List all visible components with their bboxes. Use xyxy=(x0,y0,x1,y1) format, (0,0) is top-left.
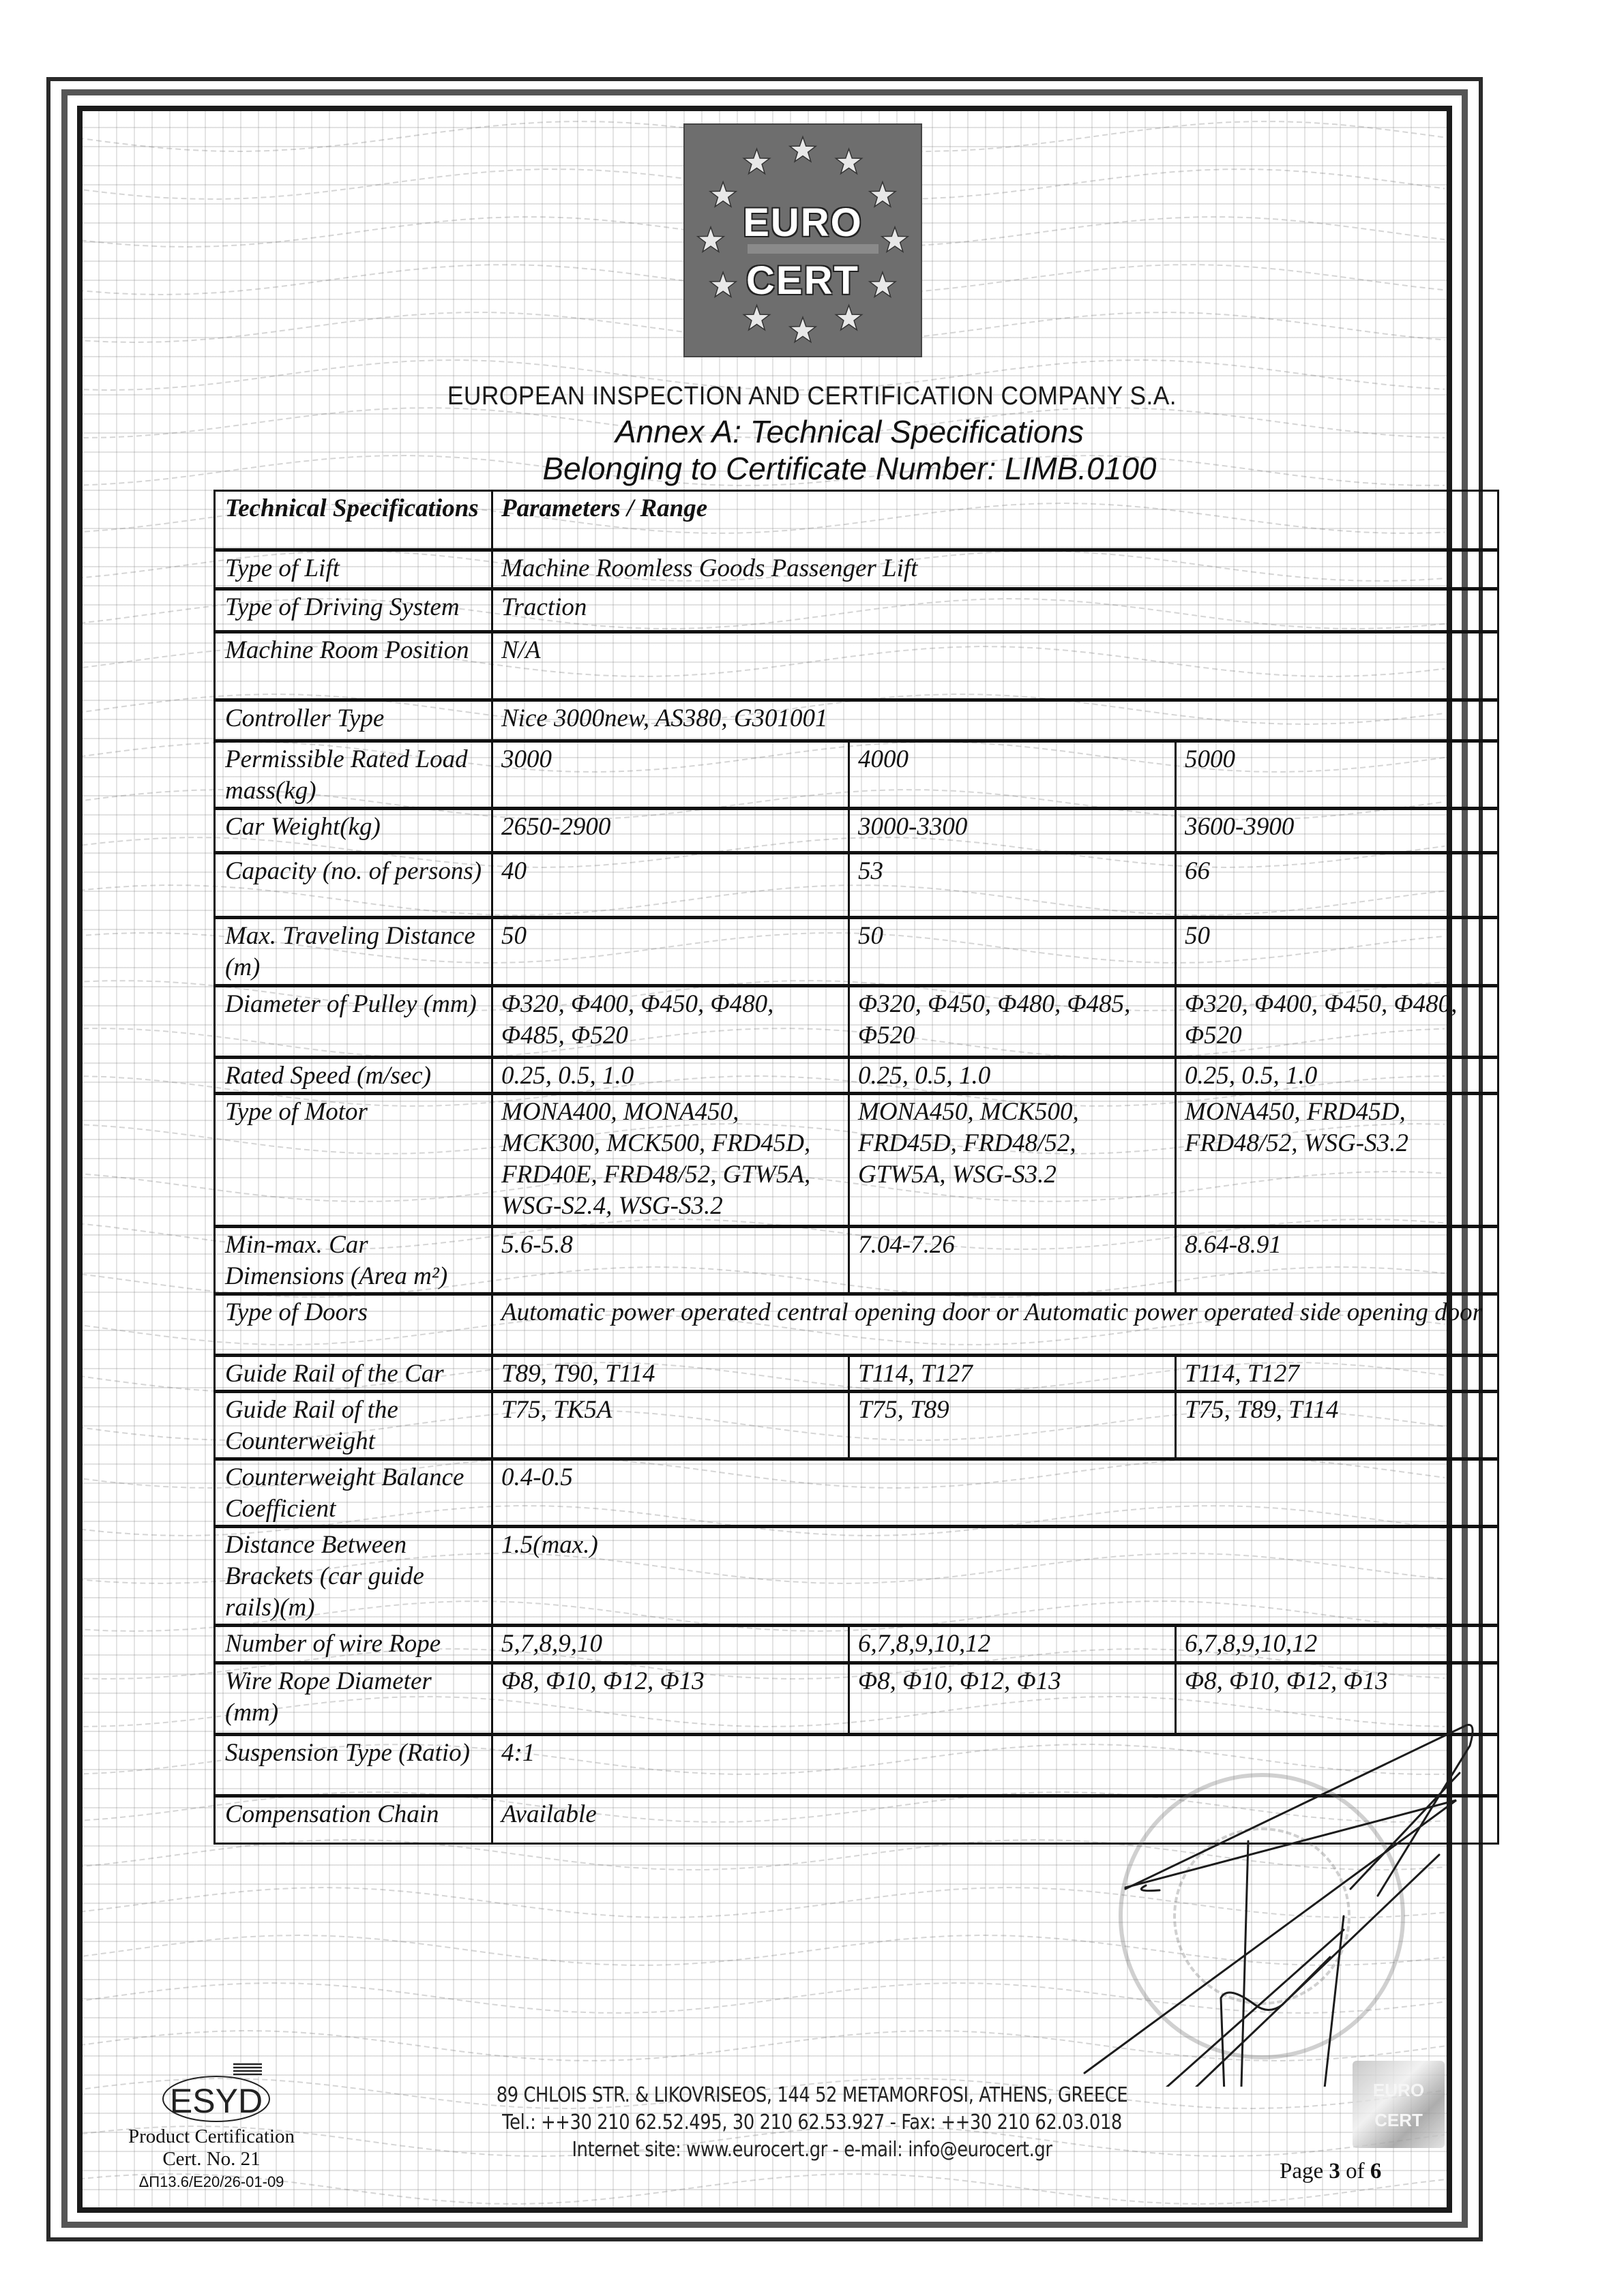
table-row: Type of MotorMONA400, MONA450, MCK300, M… xyxy=(215,1094,1498,1227)
row-value: Φ8, Φ10, Φ12, Φ13 xyxy=(492,1663,849,1735)
row-value: MONA450, FRD45D, FRD48/52, WSG-S3.2 xyxy=(1176,1094,1498,1227)
row-value: 3000 xyxy=(492,741,849,809)
row-label: Guide Rail of the Car xyxy=(215,1356,492,1392)
table-row: Diameter of Pulley (mm)Φ320, Φ400, Φ450,… xyxy=(215,986,1498,1058)
logo-text-cert: CERT xyxy=(685,258,921,303)
header-technical-specifications: Technical Specifications xyxy=(215,491,492,550)
row-value: 0.4-0.5 xyxy=(492,1459,1498,1527)
logo-divider xyxy=(748,244,879,254)
row-value: 3000-3300 xyxy=(849,809,1176,853)
row-label: Type of Driving System xyxy=(215,589,492,632)
page-number: Page 3 of 6 xyxy=(1280,2159,1381,2184)
row-label: Counterweight Balance Coefficient xyxy=(215,1459,492,1527)
footer-phone: Tel.: ++30 210 62.52.495, 30 210 62.53.9… xyxy=(114,2111,1511,2134)
table-row: Guide Rail of the CounterweightT75, TK5A… xyxy=(215,1392,1498,1459)
row-value: T89, T90, T114 xyxy=(492,1356,849,1392)
row-label: Type of Doors xyxy=(215,1294,492,1356)
certificate-page: EURO CERT EUROPEAN INSPECTION AND CERTIF… xyxy=(0,0,1624,2296)
row-label: Permissible Rated Load mass(kg) xyxy=(215,741,492,809)
row-value: 40 xyxy=(492,853,849,918)
table-row: Max. Traveling Distance (m)505050 xyxy=(215,918,1498,986)
row-value: 8.64-8.91 xyxy=(1176,1227,1498,1294)
logo-text-euro: EURO xyxy=(685,200,921,245)
row-label: Rated Speed (m/sec) xyxy=(215,1058,492,1094)
row-value: 5000 xyxy=(1176,741,1498,809)
eurocert-logo: EURO CERT xyxy=(683,123,922,357)
row-label: Diameter of Pulley (mm) xyxy=(215,986,492,1058)
row-value: 4000 xyxy=(849,741,1176,809)
table-header-row: Technical SpecificationsParameters / Ran… xyxy=(215,491,1498,550)
accreditation-code: ΔΠ13.6/Ε20/26-01-09 xyxy=(102,2171,321,2193)
row-value: T114, T127 xyxy=(849,1356,1176,1392)
row-value: 1.5(max.) xyxy=(492,1527,1498,1626)
row-value: 53 xyxy=(849,853,1176,918)
footer-address: 89 CHLOIS STR. & LIKOVRISEOS, 144 52 MET… xyxy=(114,2083,1511,2107)
table-row: Number of wire Rope5,7,8,9,106,7,8,9,10,… xyxy=(215,1626,1498,1663)
table-row: Rated Speed (m/sec)0.25, 0.5, 1.00.25, 0… xyxy=(215,1058,1498,1094)
row-label: Capacity (no. of persons) xyxy=(215,853,492,918)
row-value: MONA400, MONA450, MCK300, MCK500, FRD45D… xyxy=(492,1094,849,1227)
footer-web: Internet site: www.eurocert.gr - e-mail:… xyxy=(114,2138,1511,2162)
row-value: 5.6-5.8 xyxy=(492,1227,849,1294)
row-label: Min-max. Car Dimensions (Area m²) xyxy=(215,1227,492,1294)
row-value: Φ320, Φ400, Φ450, Φ480, Φ485, Φ520 xyxy=(492,986,849,1058)
header-parameters-range: Parameters / Range xyxy=(492,491,1498,550)
row-value: 5,7,8,9,10 xyxy=(492,1626,849,1663)
row-value: Automatic power operated central opening… xyxy=(492,1294,1498,1356)
technical-specifications-table: Technical SpecificationsParameters / Ran… xyxy=(213,490,1499,1845)
table-row: Permissible Rated Load mass(kg)300040005… xyxy=(215,741,1498,809)
row-value: 0.25, 0.5, 1.0 xyxy=(492,1058,849,1094)
row-value: T75, TK5A xyxy=(492,1392,849,1459)
table-row: Guide Rail of the CarT89, T90, T114T114,… xyxy=(215,1356,1498,1392)
row-label: Suspension Type (Ratio) xyxy=(215,1735,492,1796)
row-value: 50 xyxy=(849,918,1176,986)
row-value: 2650-2900 xyxy=(492,809,849,853)
table-row: Type of LiftMachine Roomless Goods Passe… xyxy=(215,550,1498,589)
row-value: Nice 3000new, AS380, G301001 xyxy=(492,700,1498,741)
row-label: Wire Rope Diameter (mm) xyxy=(215,1663,492,1735)
row-value: 50 xyxy=(1176,918,1498,986)
row-label: Number of wire Rope xyxy=(215,1626,492,1663)
company-name: EUROPEAN INSPECTION AND CERTIFICATION CO… xyxy=(57,382,1567,411)
row-label: Type of Lift xyxy=(215,550,492,589)
row-value: Φ320, Φ450, Φ480, Φ485, Φ520 xyxy=(849,986,1176,1058)
row-value: 0.25, 0.5, 1.0 xyxy=(849,1058,1176,1094)
row-label: Distance Between Brackets (car guide rai… xyxy=(215,1527,492,1626)
row-label: Car Weight(kg) xyxy=(215,809,492,853)
table-row: Distance Between Brackets (car guide rai… xyxy=(215,1527,1498,1626)
row-label: Controller Type xyxy=(215,700,492,741)
table-row: Machine Room PositionN/A xyxy=(215,632,1498,700)
table-row: Type of Driving SystemTraction xyxy=(215,589,1498,632)
row-label: Guide Rail of the Counterweight xyxy=(215,1392,492,1459)
row-value: N/A xyxy=(492,632,1498,700)
table-row: Counterweight Balance Coefficient0.4-0.5 xyxy=(215,1459,1498,1527)
row-value: Machine Roomless Goods Passenger Lift xyxy=(492,550,1498,589)
row-value: Φ320, Φ400, Φ450, Φ480, Φ520 xyxy=(1176,986,1498,1058)
row-value: 0.25, 0.5, 1.0 xyxy=(1176,1058,1498,1094)
row-label: Max. Traveling Distance (m) xyxy=(215,918,492,986)
table-row: Type of DoorsAutomatic power operated ce… xyxy=(215,1294,1498,1356)
row-value: MONA450, MCK500, FRD45D, FRD48/52, GTW5A… xyxy=(849,1094,1176,1227)
row-label: Machine Room Position xyxy=(215,632,492,700)
row-value: 66 xyxy=(1176,853,1498,918)
row-label: Type of Motor xyxy=(215,1094,492,1227)
table-row: Car Weight(kg)2650-29003000-33003600-390… xyxy=(215,809,1498,853)
signature-icon xyxy=(1057,1705,1535,2087)
row-value: Traction xyxy=(492,589,1498,632)
table-row: Controller TypeNice 3000new, AS380, G301… xyxy=(215,700,1498,741)
row-value: T114, T127 xyxy=(1176,1356,1498,1392)
table-row: Min-max. Car Dimensions (Area m²)5.6-5.8… xyxy=(215,1227,1498,1294)
row-value: 50 xyxy=(492,918,849,986)
certificate-number-line: Belonging to Certificate Number: LIMB.01… xyxy=(0,450,1624,487)
row-value: 7.04-7.26 xyxy=(849,1227,1176,1294)
row-value: 6,7,8,9,10,12 xyxy=(849,1626,1176,1663)
eurocert-hologram-icon: EURO CERT xyxy=(1353,2061,1445,2148)
table-row: Capacity (no. of persons)405366 xyxy=(215,853,1498,918)
row-value: 6,7,8,9,10,12 xyxy=(1176,1626,1498,1663)
annex-title: Annex A: Technical Specifications xyxy=(0,413,1624,450)
row-label: Compensation Chain xyxy=(215,1796,492,1844)
row-value: T75, T89, T114 xyxy=(1176,1392,1498,1459)
row-value: 3600-3900 xyxy=(1176,809,1498,853)
row-value: T75, T89 xyxy=(849,1392,1176,1459)
